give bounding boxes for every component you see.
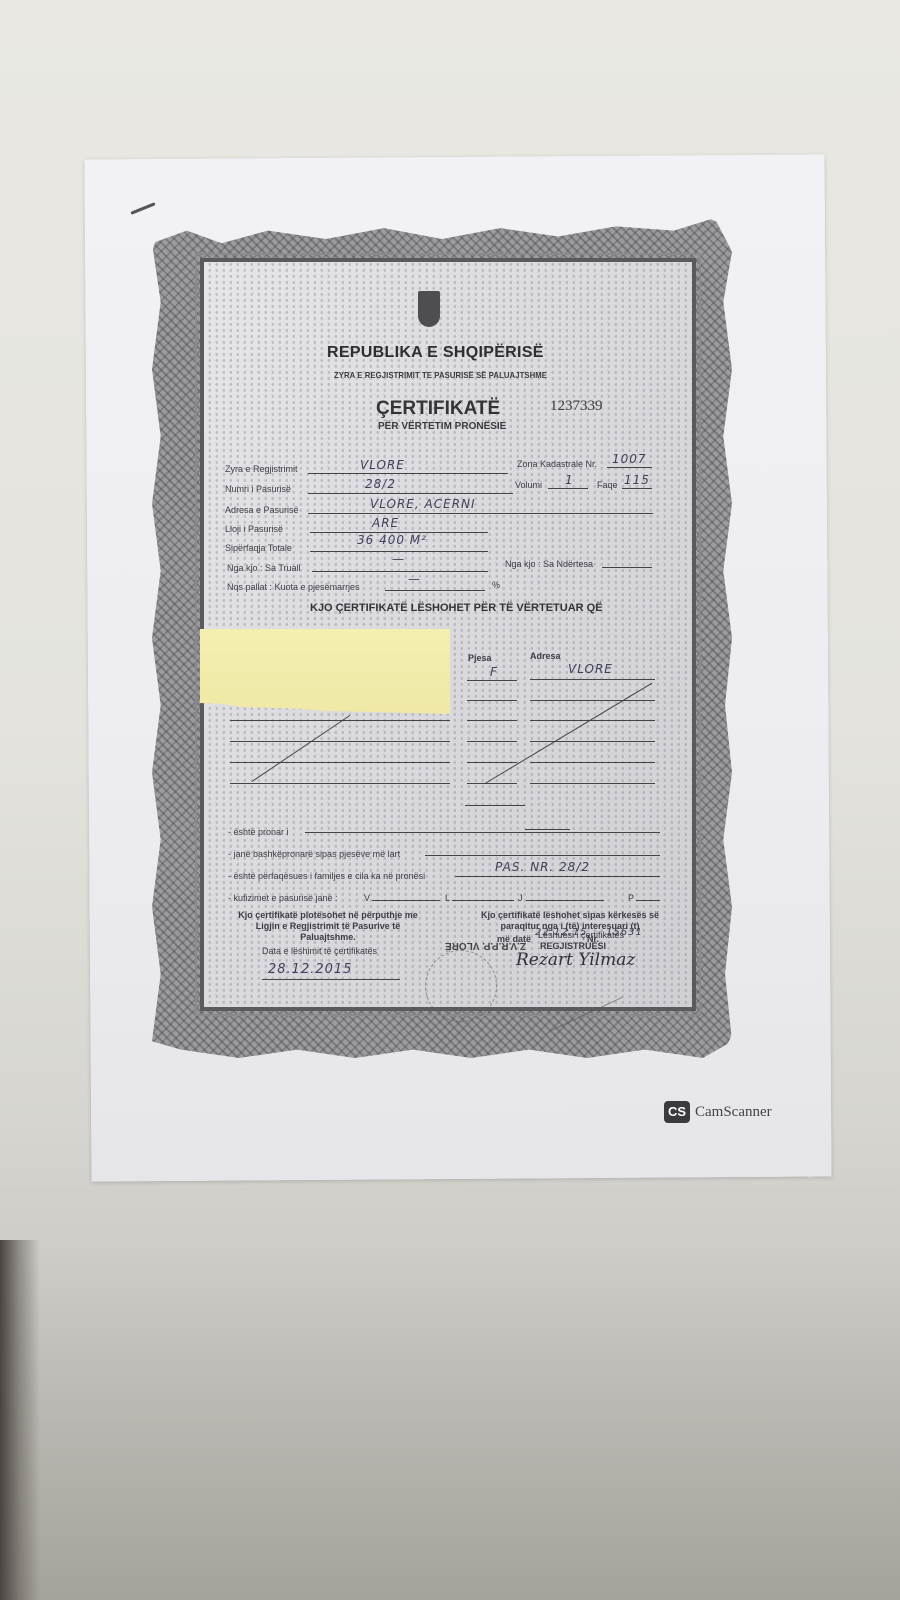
field-line [467,680,517,681]
field-line [525,829,570,830]
hand-shadow [0,1240,40,1600]
field-line [602,567,652,568]
property-type-label: Lloji i Pasurisë [225,524,283,534]
boundary-p: P [628,893,634,903]
camscanner-logo-icon: CS [664,1101,690,1123]
field-line [372,900,440,901]
field-line [230,741,450,742]
desk-shadow [0,1250,900,1600]
field-line [312,571,488,572]
office-heading: ZYRA E REGJISTRIMIT TE PASURISË SË PALUA… [334,370,547,380]
field-line [308,473,508,474]
property-number-value: 28/2 [365,477,396,491]
serial-number: 1237339 [550,398,603,415]
field-line [467,720,517,721]
field-line [308,513,653,514]
co-owners-statement: - janë bashkëpronarë sipas pjesëve më la… [228,849,400,859]
property-address-label: Adresa e Pasurisë [225,505,299,515]
stamp-text: Z.V.R.P.P. VLORË [445,940,526,951]
redaction-sticky-note [200,629,450,714]
registration-office-label: Zyra e Regjistrimit [225,464,298,474]
issue-date-label: Data e lëshimit të çertifikatës [262,946,377,956]
owner-address-value: VLORE [568,662,613,676]
law-note: Kjo çertifikatë plotësohet në përputhje … [228,910,428,943]
page-label: Faqe [597,480,618,490]
country-heading: REPUBLIKA E SHQIPËRISË [327,344,544,362]
property-address-value: VLORE, ACERNI [370,497,476,511]
property-number-label: Numri i Pasurisë [225,484,291,494]
volume-label: Volumi [515,480,542,490]
field-line [425,855,660,856]
owner-share-value: F [490,665,498,679]
field-line [530,679,655,680]
boundary-v: V [364,893,370,903]
field-line [230,762,450,763]
boundary-j: J [518,893,523,903]
field-line [467,762,517,763]
property-type-value: ARE [372,516,399,530]
field-line [452,900,514,901]
coat-of-arms-icon [418,291,440,327]
boundary-l: L [445,893,450,903]
page-value: 115 [624,473,650,487]
field-line [262,979,400,980]
field-line [607,467,652,468]
camscanner-watermark: CamScanner [695,1104,772,1121]
certificate-title: ÇERTIFIKATË [376,398,500,420]
total-area-label: Sipërfaqja Totale [225,543,292,553]
owner-statement: - është pronar i [228,827,289,837]
field-line [305,832,660,833]
field-line [622,488,652,489]
field-line [385,590,485,591]
field-line [526,900,604,901]
registrar-signature: Rezart Yilmaz [516,950,635,970]
land-area-label: Nga kjo : Sa Truall [227,563,301,573]
field-line [636,900,660,901]
field-line [530,762,655,763]
certificate-subtitle: PËR VËRTETIM PRONËSIE [378,421,506,432]
volume-value: 1 [565,473,574,487]
field-line [530,700,655,701]
field-line [455,876,660,877]
issuer-label: Lëshuesi i çertifikatës [538,930,624,940]
field-line [530,720,655,721]
column-header-address: Adresa [530,651,561,661]
land-area-value: — [392,552,405,566]
total-area-value: 36 400 M² [357,533,427,547]
boundaries-statement: - kufizimet e pasurisë janë : [228,893,338,903]
official-stamp [425,950,497,1022]
field-line [467,783,517,784]
apartment-share-label: Nqs pallat : Kuota e pjesëmarrjes [227,582,360,592]
issue-date: 28.12.2015 [268,962,352,977]
field-line [548,488,588,489]
field-line [467,700,517,701]
registration-office-value: VLORE [360,458,405,472]
family-rep-value: PAS. NR. 28/2 [495,860,590,874]
apartment-share-value: — [408,572,421,586]
cadastral-zone-label: Zona Kadastrale Nr. [517,459,597,469]
cadastral-zone-value: 1007 [612,452,647,466]
percent-sign: % [492,580,500,590]
building-area-label: Nga kjo : Sa Ndërtesa [505,559,593,569]
field-line [467,741,517,742]
field-line [465,805,525,806]
field-line [230,783,450,784]
family-rep-statement: - është përfaqësues i familjes e cila ka… [228,871,425,881]
column-header-share: Pjesa [468,653,492,663]
field-line [530,783,655,784]
section-title: KJO ÇERTIFIKATË LËSHOHET PËR TË VËRTETUA… [310,602,603,614]
field-line [308,493,513,494]
field-line [530,741,655,742]
